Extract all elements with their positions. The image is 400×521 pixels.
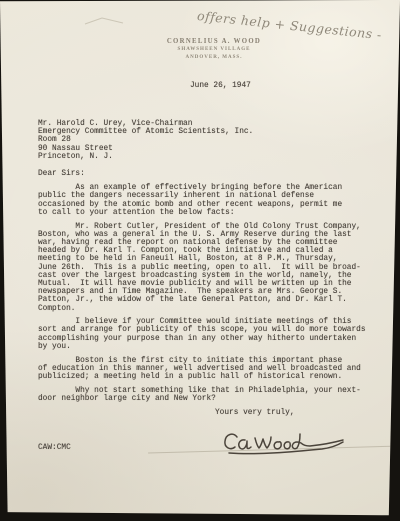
typist-initials: CAW:CMC: [38, 444, 71, 452]
paragraph-3: I believe if your Committee would initia…: [38, 318, 378, 351]
letterhead: CORNELIUS A. WOOD SHAWSHEEN VILLAGE ANDO…: [134, 38, 294, 61]
paragraph-1: As an example of effectively bringing be…: [38, 184, 378, 217]
paragraph-4: Boston is the first city to initiate thi…: [38, 357, 378, 382]
letter-paper: offers help + Suggestions - CORNELIUS A.…: [0, 0, 400, 521]
paper-crease-mark: [84, 16, 124, 26]
paragraph-2: Mr. Robert Cutler, President of the Old …: [38, 223, 378, 313]
closing-valediction: Yours very truly,: [38, 409, 378, 417]
letter-date: June 26, 1947: [190, 82, 251, 90]
scanned-letter: offers help + Suggestions - CORNELIUS A.…: [0, 0, 400, 521]
letterhead-name: CORNELIUS A. WOOD: [134, 38, 294, 46]
letterhead-town: ANDOVER, MASS.: [134, 54, 294, 62]
paragraph-5: Why not start something like that in Phi…: [38, 387, 378, 403]
recipient-address: Mr. Harold C. Urey, Vice-Chairman Emerge…: [38, 120, 378, 161]
salutation: Dear Sirs:: [38, 170, 378, 178]
letter-body: Mr. Harold C. Urey, Vice-Chairman Emerge…: [38, 120, 378, 417]
handwritten-signature: [222, 429, 346, 459]
letterhead-village: SHAWSHEEN VILLAGE: [134, 46, 294, 54]
